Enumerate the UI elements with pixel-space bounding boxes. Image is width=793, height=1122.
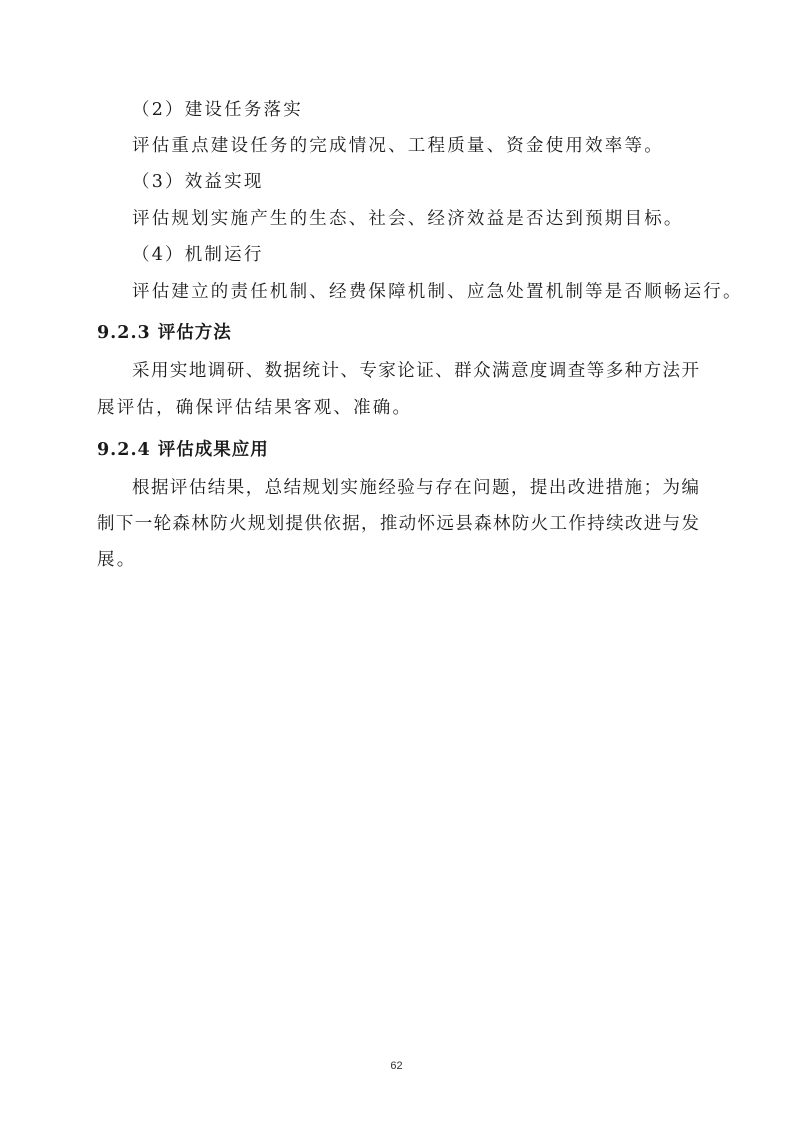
subsection-body-3: 评估规划实施产生的生态、社会、经济效益是否达到预期目标。 bbox=[132, 207, 684, 231]
document-page: （2）建设任务落实 评估重点建设任务的完成情况、工程质量、资金使用效率等。 （3… bbox=[0, 0, 793, 1122]
paragraph-9-2-4-line-2: 制下一轮森林防火规划提供依据，推动怀远县森林防火工作持续改进与发 bbox=[97, 512, 699, 536]
page-number: 62 bbox=[0, 1060, 793, 1072]
section-heading-9-2-4: 9.2.4 评估成果应用 bbox=[97, 438, 269, 462]
subsection-title-3: （3）效益实现 bbox=[132, 170, 264, 194]
section-heading-9-2-3: 9.2.3 评估方法 bbox=[97, 321, 232, 345]
paragraph-9-2-3-line-2: 展评估，确保评估结果客观、准确。 bbox=[97, 396, 412, 420]
subsection-body-4: 评估建立的责任机制、经费保障机制、应急处置机制等是否顺畅运行。 bbox=[132, 280, 743, 304]
paragraph-9-2-3-line-1: 采用实地调研、数据统计、专家论证、群众满意度调查等多种方法开 bbox=[132, 359, 699, 383]
subsection-title-2: （2）建设任务落实 bbox=[132, 98, 303, 122]
subsection-body-2: 评估重点建设任务的完成情况、工程质量、资金使用效率等。 bbox=[132, 134, 664, 158]
subsection-title-4: （4）机制运行 bbox=[132, 243, 264, 267]
paragraph-9-2-4-line-3: 展。 bbox=[97, 548, 136, 572]
paragraph-9-2-4-line-1: 根据评估结果，总结规划实施经验与存在问题，提出改进措施；为编 bbox=[132, 476, 699, 500]
